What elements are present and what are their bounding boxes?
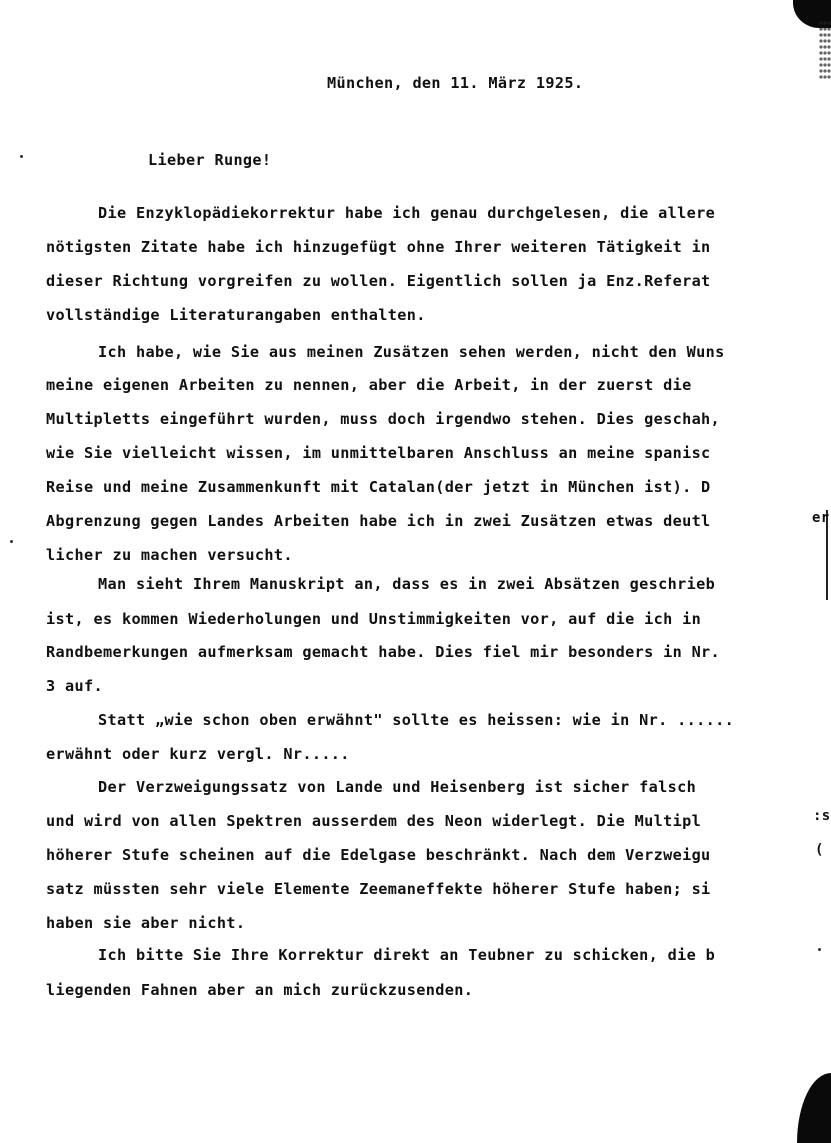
text-line: dieser Richtung vorgreifen zu wollen. Ei… (46, 271, 711, 291)
text-line: Man sieht Ihrem Manuskript an, dass es i… (98, 574, 715, 594)
text-line: Statt „wie schon oben erwähnt" sollte es… (98, 710, 734, 730)
scan-speckle (819, 20, 831, 80)
margin-fragment: :s (813, 806, 831, 826)
text-line: wie Sie vielleicht wissen, im unmittelba… (46, 443, 711, 463)
text-line: Randbemerkungen aufmerksam gemacht habe.… (46, 642, 720, 662)
text-line: erwähnt oder kurz vergl. Nr..... (46, 744, 350, 764)
margin-fragment: er (812, 508, 830, 528)
text-line: Der Verzweigungssatz von Lande und Heise… (98, 777, 696, 797)
text-line: und wird von allen Spektren ausserdem de… (46, 811, 701, 831)
scan-dot (818, 948, 821, 951)
text-line: 3 auf. (46, 676, 103, 696)
text-line: meine eigenen Arbeiten zu nennen, aber d… (46, 375, 692, 395)
letter-salutation: Lieber Runge! (148, 150, 271, 170)
margin-fragment: ( (815, 840, 824, 860)
text-line: vollständige Literaturangaben enthalten. (46, 305, 426, 325)
scan-dot (10, 540, 13, 543)
text-line: haben sie aber nicht. (46, 913, 245, 933)
scan-dot (20, 155, 23, 158)
text-line: Ich bitte Sie Ihre Korrektur direkt an T… (98, 945, 715, 965)
text-line: ist, es kommen Wiederholungen und Unstim… (46, 609, 701, 629)
scan-blot-bottom-right (797, 1073, 831, 1143)
text-line: Multipletts eingeführt wurden, muss doch… (46, 409, 720, 429)
letter-page: München, den 11. März 1925. Lieber Runge… (0, 0, 831, 1143)
text-line: Die Enzyklopädiekorrektur habe ich genau… (98, 203, 715, 223)
letter-date: München, den 11. März 1925. (327, 73, 583, 93)
text-line: licher zu machen versucht. (46, 545, 293, 565)
text-line: nötigsten Zitate habe ich hinzugefügt oh… (46, 237, 711, 257)
text-line: Abgrenzung gegen Landes Arbeiten habe ic… (46, 511, 711, 531)
text-line: höherer Stufe scheinen auf die Edelgase … (46, 845, 711, 865)
text-line: liegenden Fahnen aber an mich zurückzuse… (46, 980, 473, 1000)
text-line: satz müssten sehr viele Elemente Zeemane… (46, 879, 711, 899)
text-line: Reise und meine Zusammenkunft mit Catala… (46, 477, 711, 497)
text-line: Ich habe, wie Sie aus meinen Zusätzen se… (98, 342, 725, 362)
